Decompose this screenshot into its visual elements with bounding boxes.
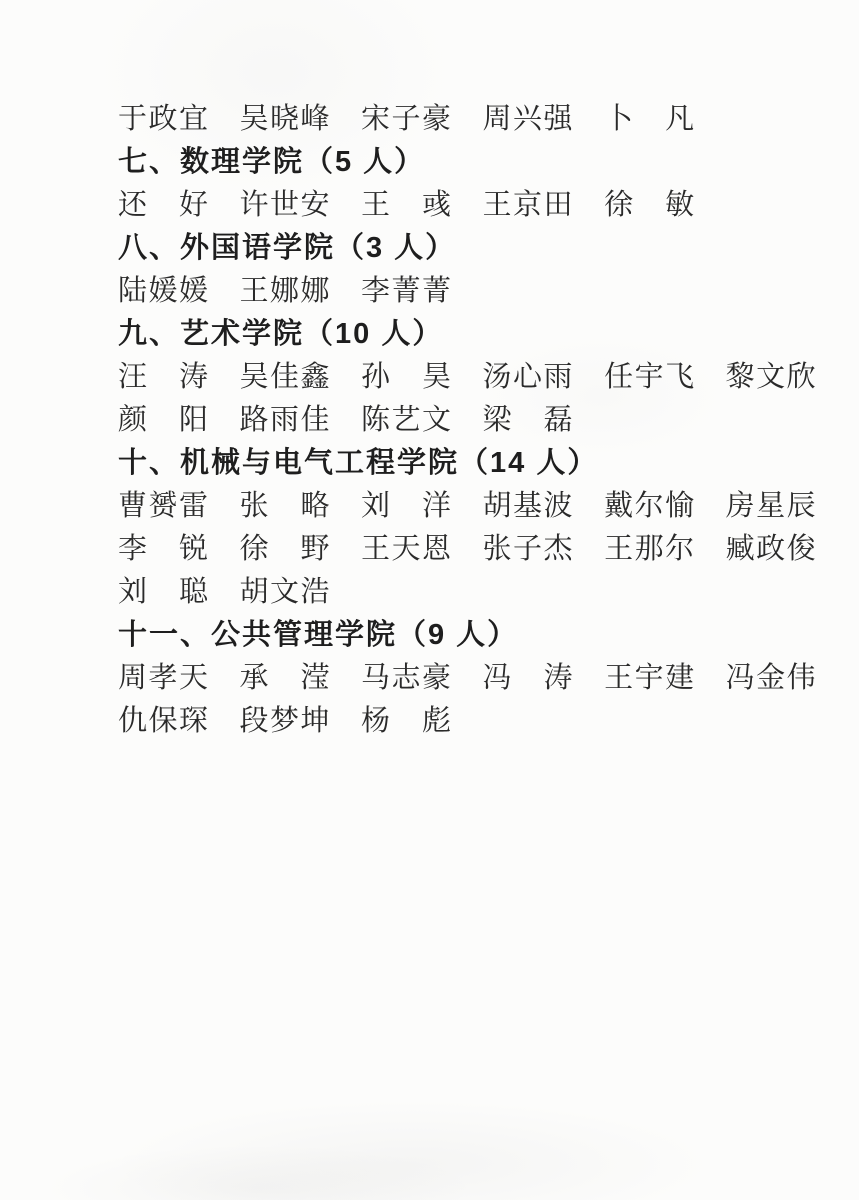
student-name: 房星辰 <box>726 491 818 521</box>
name-row: 陆媛媛王娜娜李菁菁 <box>118 276 799 306</box>
student-name: 任宇飞 <box>604 362 696 392</box>
roster-section: 十一、公共管理学院（9 人）周孝天承 滢马志豪冯 涛王宇建冯金伟仇保琛段梦坤杨 … <box>118 620 799 736</box>
student-name: 仇保琛 <box>118 706 210 736</box>
student-name: 段梦坤 <box>240 706 332 736</box>
student-name: 徐 野 <box>240 534 332 564</box>
student-name: 刘 聪 <box>118 577 210 607</box>
student-name: 张子杰 <box>483 534 575 564</box>
student-name: 杨 彪 <box>361 706 453 736</box>
student-name: 王宇建 <box>604 663 696 693</box>
student-name: 孙 昊 <box>361 362 453 392</box>
student-name: 宋子豪 <box>361 104 453 134</box>
name-row: 刘 聪胡文浩 <box>118 577 799 607</box>
name-row: 仇保琛段梦坤杨 彪 <box>118 706 799 736</box>
student-name: 许世安 <box>240 190 332 220</box>
roster-section: 十、机械与电气工程学院（14 人）曹赟雷张 略刘 洋胡基波戴尔愉房星辰李 锐徐 … <box>118 448 799 607</box>
student-name: 李菁菁 <box>361 276 453 306</box>
student-name: 刘 洋 <box>361 491 453 521</box>
student-name: 卜 凡 <box>604 104 696 134</box>
section-heading: 十、机械与电气工程学院（14 人） <box>118 448 799 478</box>
name-row: 汪 涛吴佳鑫孙 昊汤心雨任宇飞黎文欣 <box>118 362 799 392</box>
student-name: 李 锐 <box>118 534 210 564</box>
student-name: 王 彧 <box>361 190 453 220</box>
student-name: 汤心雨 <box>483 362 575 392</box>
section-heading: 八、外国语学院（3 人） <box>118 233 799 263</box>
name-row: 曹赟雷张 略刘 洋胡基波戴尔愉房星辰 <box>118 491 799 521</box>
roster-section: 七、数理学院（5 人）还 好许世安王 彧王京田徐 敏 <box>118 147 799 220</box>
student-name: 吴佳鑫 <box>240 362 332 392</box>
student-name: 周孝天 <box>118 663 210 693</box>
student-name: 于政宜 <box>118 104 210 134</box>
section-heading: 七、数理学院（5 人） <box>118 147 799 177</box>
student-name: 路雨佳 <box>240 405 332 435</box>
student-name: 王京田 <box>483 190 575 220</box>
name-row: 还 好许世安王 彧王京田徐 敏 <box>118 190 799 220</box>
continuation-name-row: 于政宜吴晓峰宋子豪周兴强卜 凡 <box>118 104 799 134</box>
student-name: 还 好 <box>118 190 210 220</box>
student-name: 戴尔愉 <box>604 491 696 521</box>
student-name: 胡文浩 <box>240 577 332 607</box>
section-heading: 九、艺术学院（10 人） <box>118 319 799 349</box>
student-name: 王那尔 <box>604 534 696 564</box>
student-name: 周兴强 <box>483 104 575 134</box>
student-name: 梁 磊 <box>483 405 575 435</box>
student-name: 陆媛媛 <box>118 276 210 306</box>
student-name: 冯金伟 <box>726 663 818 693</box>
student-name: 张 略 <box>240 491 332 521</box>
document-body: 于政宜吴晓峰宋子豪周兴强卜 凡 七、数理学院（5 人）还 好许世安王 彧王京田徐… <box>118 104 799 749</box>
student-name: 陈艺文 <box>361 405 453 435</box>
name-row: 颜 阳路雨佳陈艺文梁 磊 <box>118 405 799 435</box>
student-name: 吴晓峰 <box>240 104 332 134</box>
student-name: 王天恩 <box>361 534 453 564</box>
student-name: 承 滢 <box>240 663 332 693</box>
name-row: 李 锐徐 野王天恩张子杰王那尔臧政俊 <box>118 534 799 564</box>
student-name: 王娜娜 <box>240 276 332 306</box>
student-name: 颜 阳 <box>118 405 210 435</box>
student-name: 冯 涛 <box>483 663 575 693</box>
student-name: 马志豪 <box>361 663 453 693</box>
student-name: 黎文欣 <box>726 362 818 392</box>
student-name: 徐 敏 <box>604 190 696 220</box>
section-heading: 十一、公共管理学院（9 人） <box>118 620 799 650</box>
roster-section: 九、艺术学院（10 人）汪 涛吴佳鑫孙 昊汤心雨任宇飞黎文欣颜 阳路雨佳陈艺文梁… <box>118 319 799 435</box>
name-row: 周孝天承 滢马志豪冯 涛王宇建冯金伟 <box>118 663 799 693</box>
roster-section: 八、外国语学院（3 人）陆媛媛王娜娜李菁菁 <box>118 233 799 306</box>
student-name: 曹赟雷 <box>118 491 210 521</box>
student-name: 臧政俊 <box>726 534 818 564</box>
scanned-page: 于政宜吴晓峰宋子豪周兴强卜 凡 七、数理学院（5 人）还 好许世安王 彧王京田徐… <box>0 0 859 1200</box>
student-name: 汪 涛 <box>118 362 210 392</box>
student-name: 胡基波 <box>483 491 575 521</box>
sections-container: 七、数理学院（5 人）还 好许世安王 彧王京田徐 敏八、外国语学院（3 人）陆媛… <box>118 147 799 736</box>
